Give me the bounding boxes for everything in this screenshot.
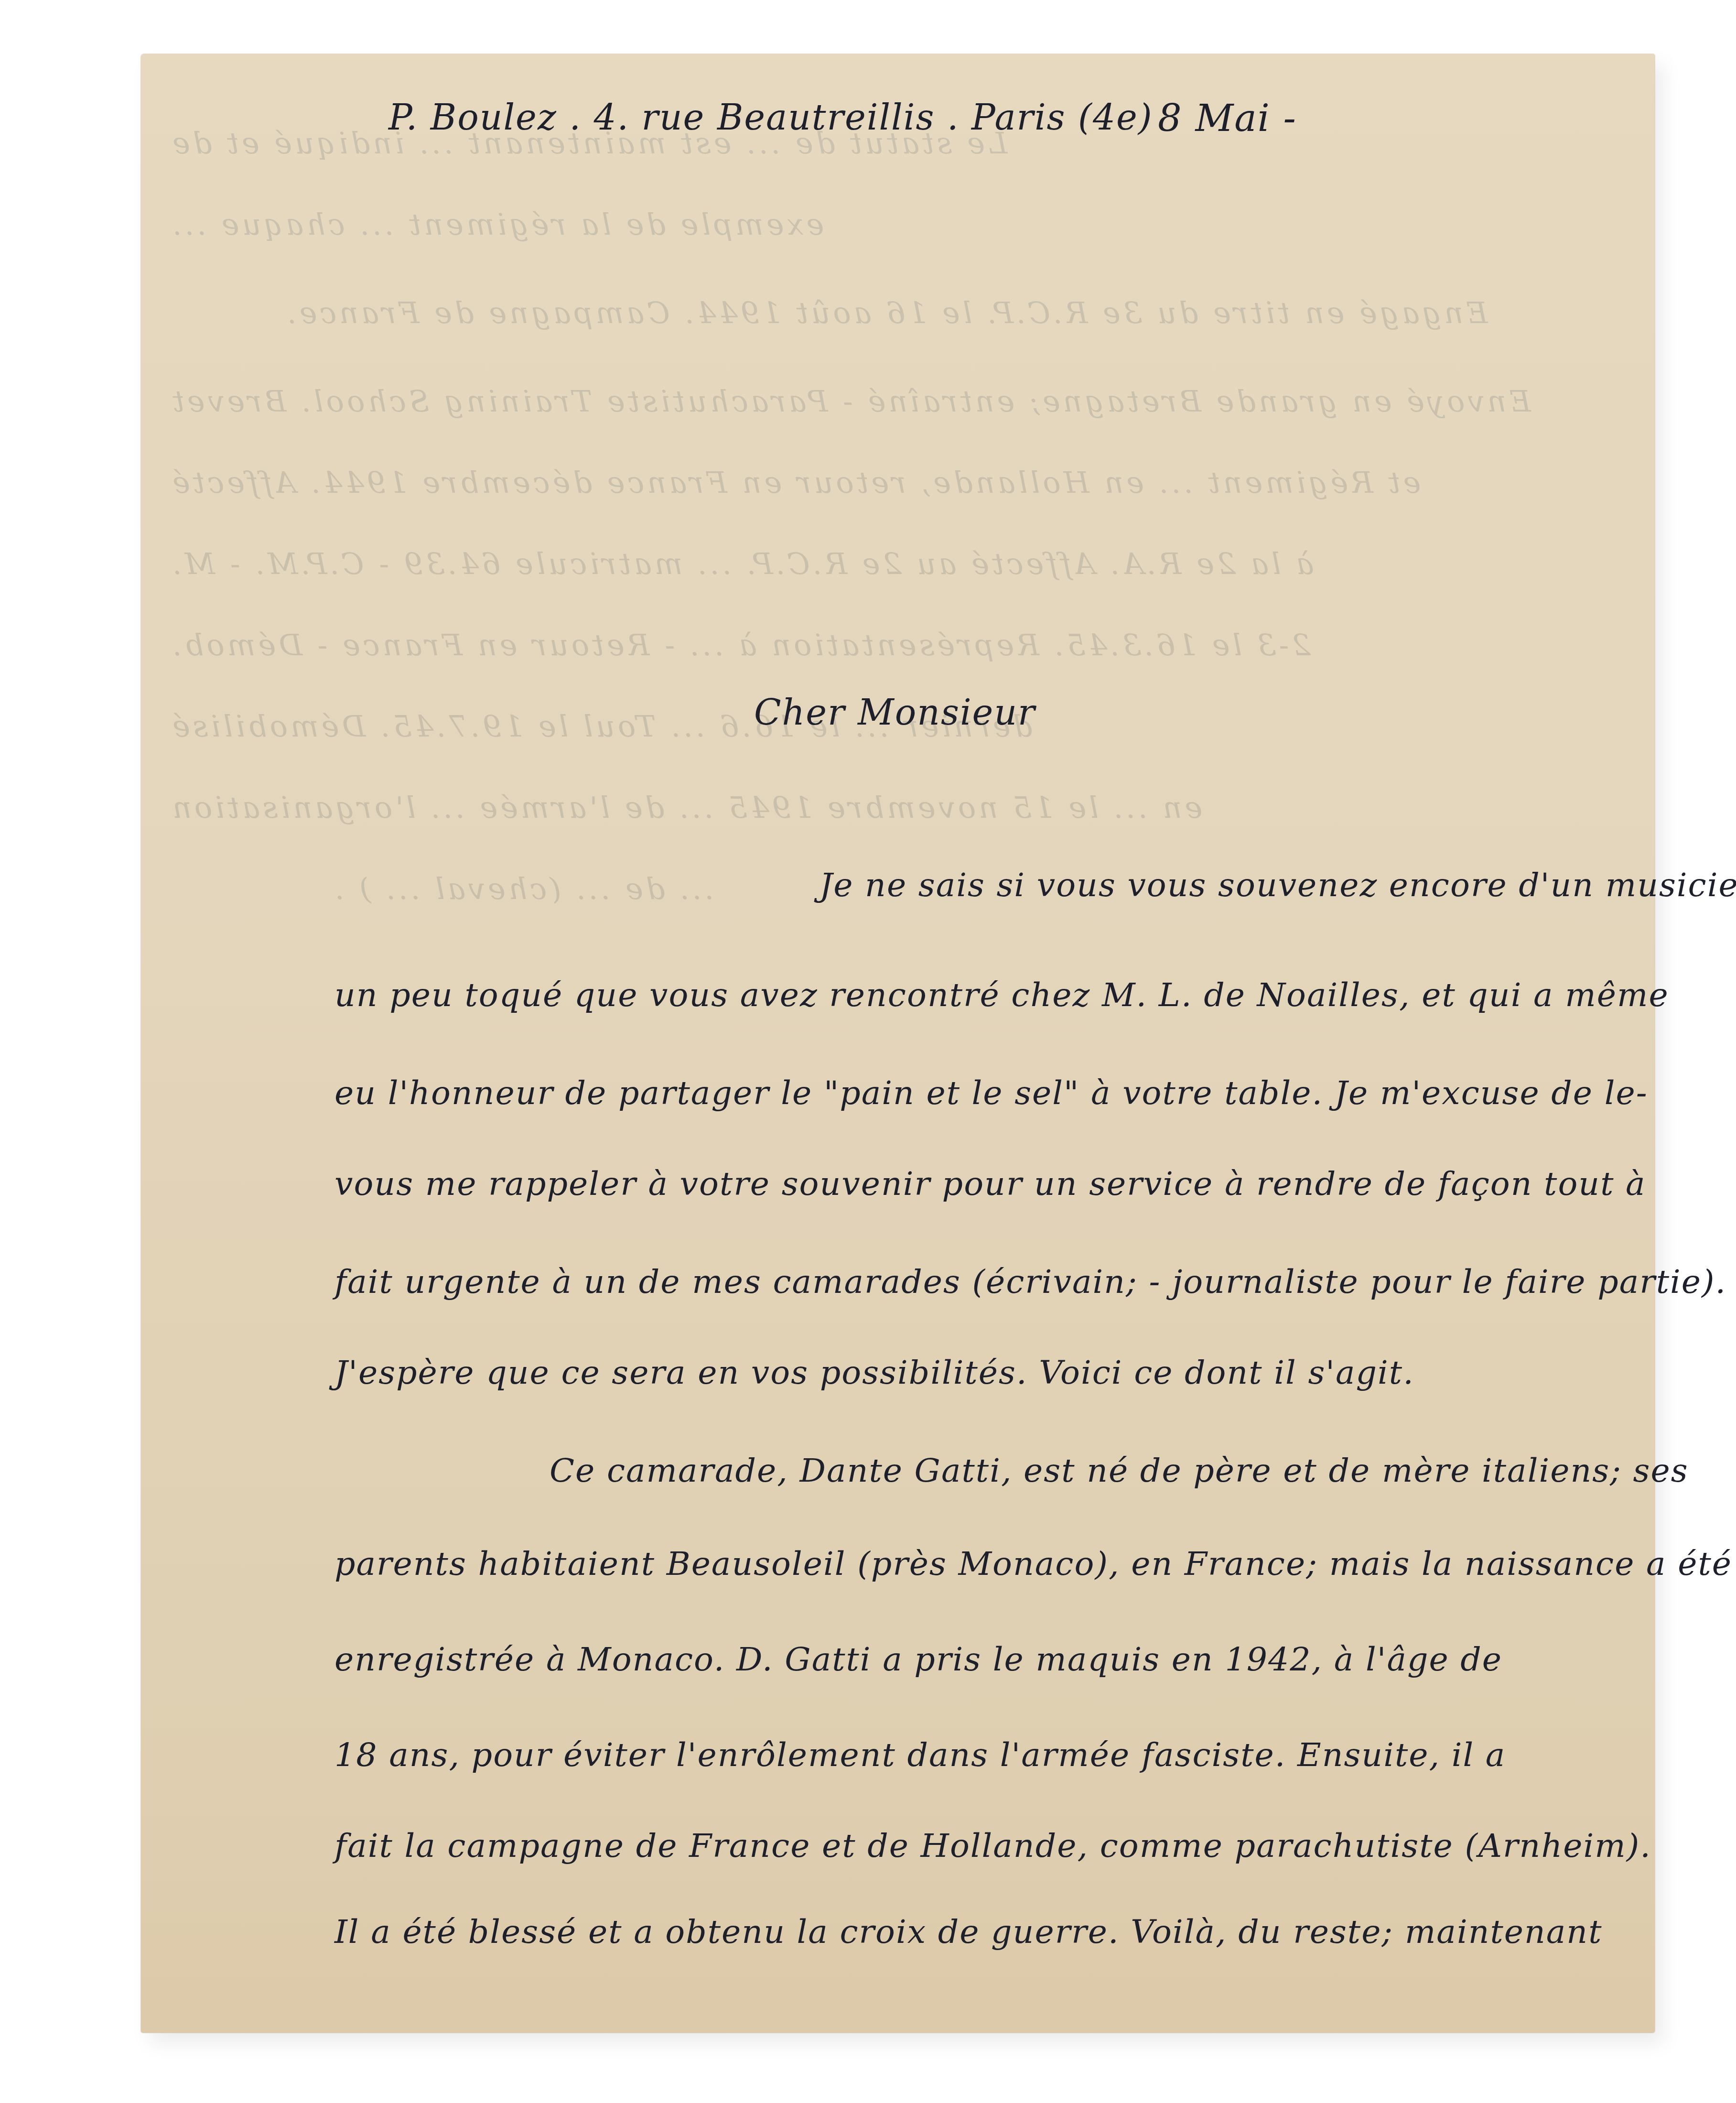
sender-address: P. Boulez . 4. rue Beautreillis . Paris … [388, 97, 1153, 138]
bleed-line: en ... le 15 novembre 1945 ... de l'armé… [170, 790, 1202, 825]
bleed-line: et Régiment ... en Hollande, retour en F… [170, 465, 1421, 500]
body-line: fait urgente à un de mes camarades (écri… [334, 1263, 1726, 1301]
body-line: enregistrée à Monaco. D. Gatti a pris le… [334, 1641, 1502, 1679]
body-line: un peu toqué que vous avez rencontré che… [334, 976, 1669, 1014]
bleed-line: Envoyé en grande Bretagne; entraîné - Pa… [170, 384, 1531, 419]
bleed-line: 2-3 le 16.3.45. Représentation à ... - R… [170, 628, 1311, 662]
body-line: Il a été blessé et a obtenu la croix de … [334, 1913, 1602, 1951]
body-line: eu l'honneur de partager le "pain et le … [334, 1074, 1648, 1112]
body-line: parents habitaient Beausoleil (près Mona… [334, 1545, 1732, 1583]
body-line: vous me rappeler à votre souvenir pour u… [334, 1165, 1646, 1203]
body-line: Je ne sais si vous vous souvenez encore … [819, 867, 1736, 904]
bleed-line: Engagé en titre du 3e R.C.P. le 16 août … [284, 295, 1488, 330]
body-line: 18 ans, pour éviter l'enrôlement dans l'… [334, 1736, 1506, 1774]
letter-date: 8 Mai - [1158, 97, 1297, 140]
body-line: Ce camarade, Dante Gatti, est né de père… [550, 1452, 1689, 1490]
body-line: fait la campagne de France et de Holland… [334, 1827, 1651, 1865]
salutation: Cher Monsieur [754, 692, 1035, 733]
bleed-line: ... de ... (cheval ... ) . [332, 871, 714, 906]
bleed-line: exemple de la régiment ... chaque ... [170, 207, 824, 242]
bleed-through-text: Le statut de ... est maintenant ... indi… [141, 54, 1655, 2033]
body-line: J'espère que ce sera en vos possibilités… [334, 1354, 1414, 1392]
letter-sheet: Le statut de ... est maintenant ... indi… [141, 54, 1655, 2033]
bleed-line: à la 2e R.A. Affecté au 2e R.C.P. ... ma… [170, 546, 1314, 581]
